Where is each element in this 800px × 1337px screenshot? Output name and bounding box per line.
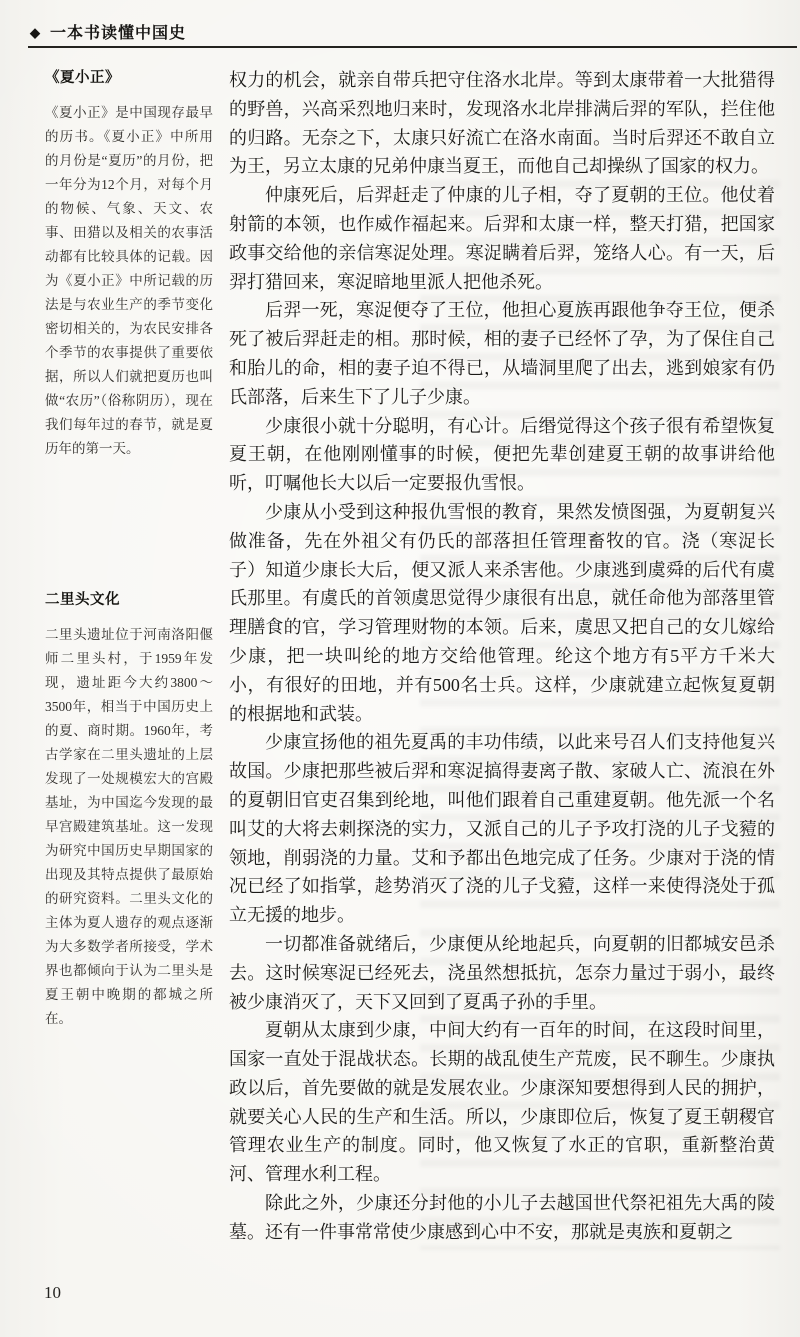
header-rule bbox=[28, 46, 797, 48]
body-paragraph: 少康宣扬他的祖先夏禹的丰功伟绩，以此来号召人们支持他复兴故国。少康把那些被后羿和… bbox=[229, 728, 775, 930]
sidebar-heading: 《夏小正》 bbox=[45, 66, 213, 87]
main-text-column: 权力的机会，就亲自带兵把守住洛水北岸。等到太康带着一大批猎得的野兽，兴高采烈地归… bbox=[229, 66, 775, 1247]
body-paragraph: 少康从小受到这种报仇雪恨的教育，果然发愤图强，为夏朝复兴做准备，先在外祖父有仍氏… bbox=[229, 498, 775, 728]
body-paragraph: 后羿一死，寒浞便夺了王位，他担心夏族再跟他争夺王位，便杀死了被后羿赶走的相。那时… bbox=[229, 296, 775, 411]
body-paragraph: 夏朝从太康到少康，中间大约有一百年的时间，在这段时间里，国家一直处于混战状态。长… bbox=[229, 1016, 775, 1189]
sidebar-section-xiaxiaozheng: 《夏小正》 《夏小正》是中国现存最早的历书。《夏小正》中所用的月份是“夏历”的月… bbox=[45, 66, 213, 461]
body-paragraph: 一切都准备就绪后，少康便从纶地起兵，向夏朝的旧都城安邑杀去。这时候寒浞已经死去，… bbox=[229, 930, 775, 1016]
body-paragraph: 仲康死后，后羿赶走了仲康的儿子相，夺了夏朝的王位。他仗着射箭的本领，也作威作福起… bbox=[229, 181, 775, 296]
body-paragraph: 权力的机会，就亲自带兵把守住洛水北岸。等到太康带着一大批猎得的野兽，兴高采烈地归… bbox=[229, 66, 775, 181]
diamond-icon: ◆ bbox=[30, 26, 41, 39]
book-page: ◆ 一本书读懂中国史 《夏小正》 《夏小正》是中国现存最早的历书。《夏小正》中所… bbox=[0, 0, 800, 1337]
running-head-title: 一本书读懂中国史 bbox=[50, 20, 186, 43]
page-number: 10 bbox=[44, 1283, 61, 1303]
page-header: ◆ 一本书读懂中国史 bbox=[30, 20, 772, 43]
body-paragraph: 除此之外，少康还分封他的小儿子去越国世代祭祀祖先大禹的陵墓。还有一件事常常使少康… bbox=[229, 1189, 775, 1247]
sidebar-body-text: 二里头遗址位于河南洛阳偃师二里头村，于1959年发现，遗址距今大约3800～35… bbox=[45, 623, 213, 1031]
body-paragraph: 少康很小就十分聪明，有心计。后缗觉得这个孩子很有希望恢复夏王朝，在他刚刚懂事的时… bbox=[229, 412, 775, 498]
sidebar-section-erlitou: 二里头文化 二里头遗址位于河南洛阳偃师二里头村，于1959年发现，遗址距今大约3… bbox=[45, 588, 213, 1031]
sidebar-heading: 二里头文化 bbox=[45, 588, 213, 609]
sidebar-body-text: 《夏小正》是中国现存最早的历书。《夏小正》中所用的月份是“夏历”的月份，把一年分… bbox=[45, 101, 213, 461]
